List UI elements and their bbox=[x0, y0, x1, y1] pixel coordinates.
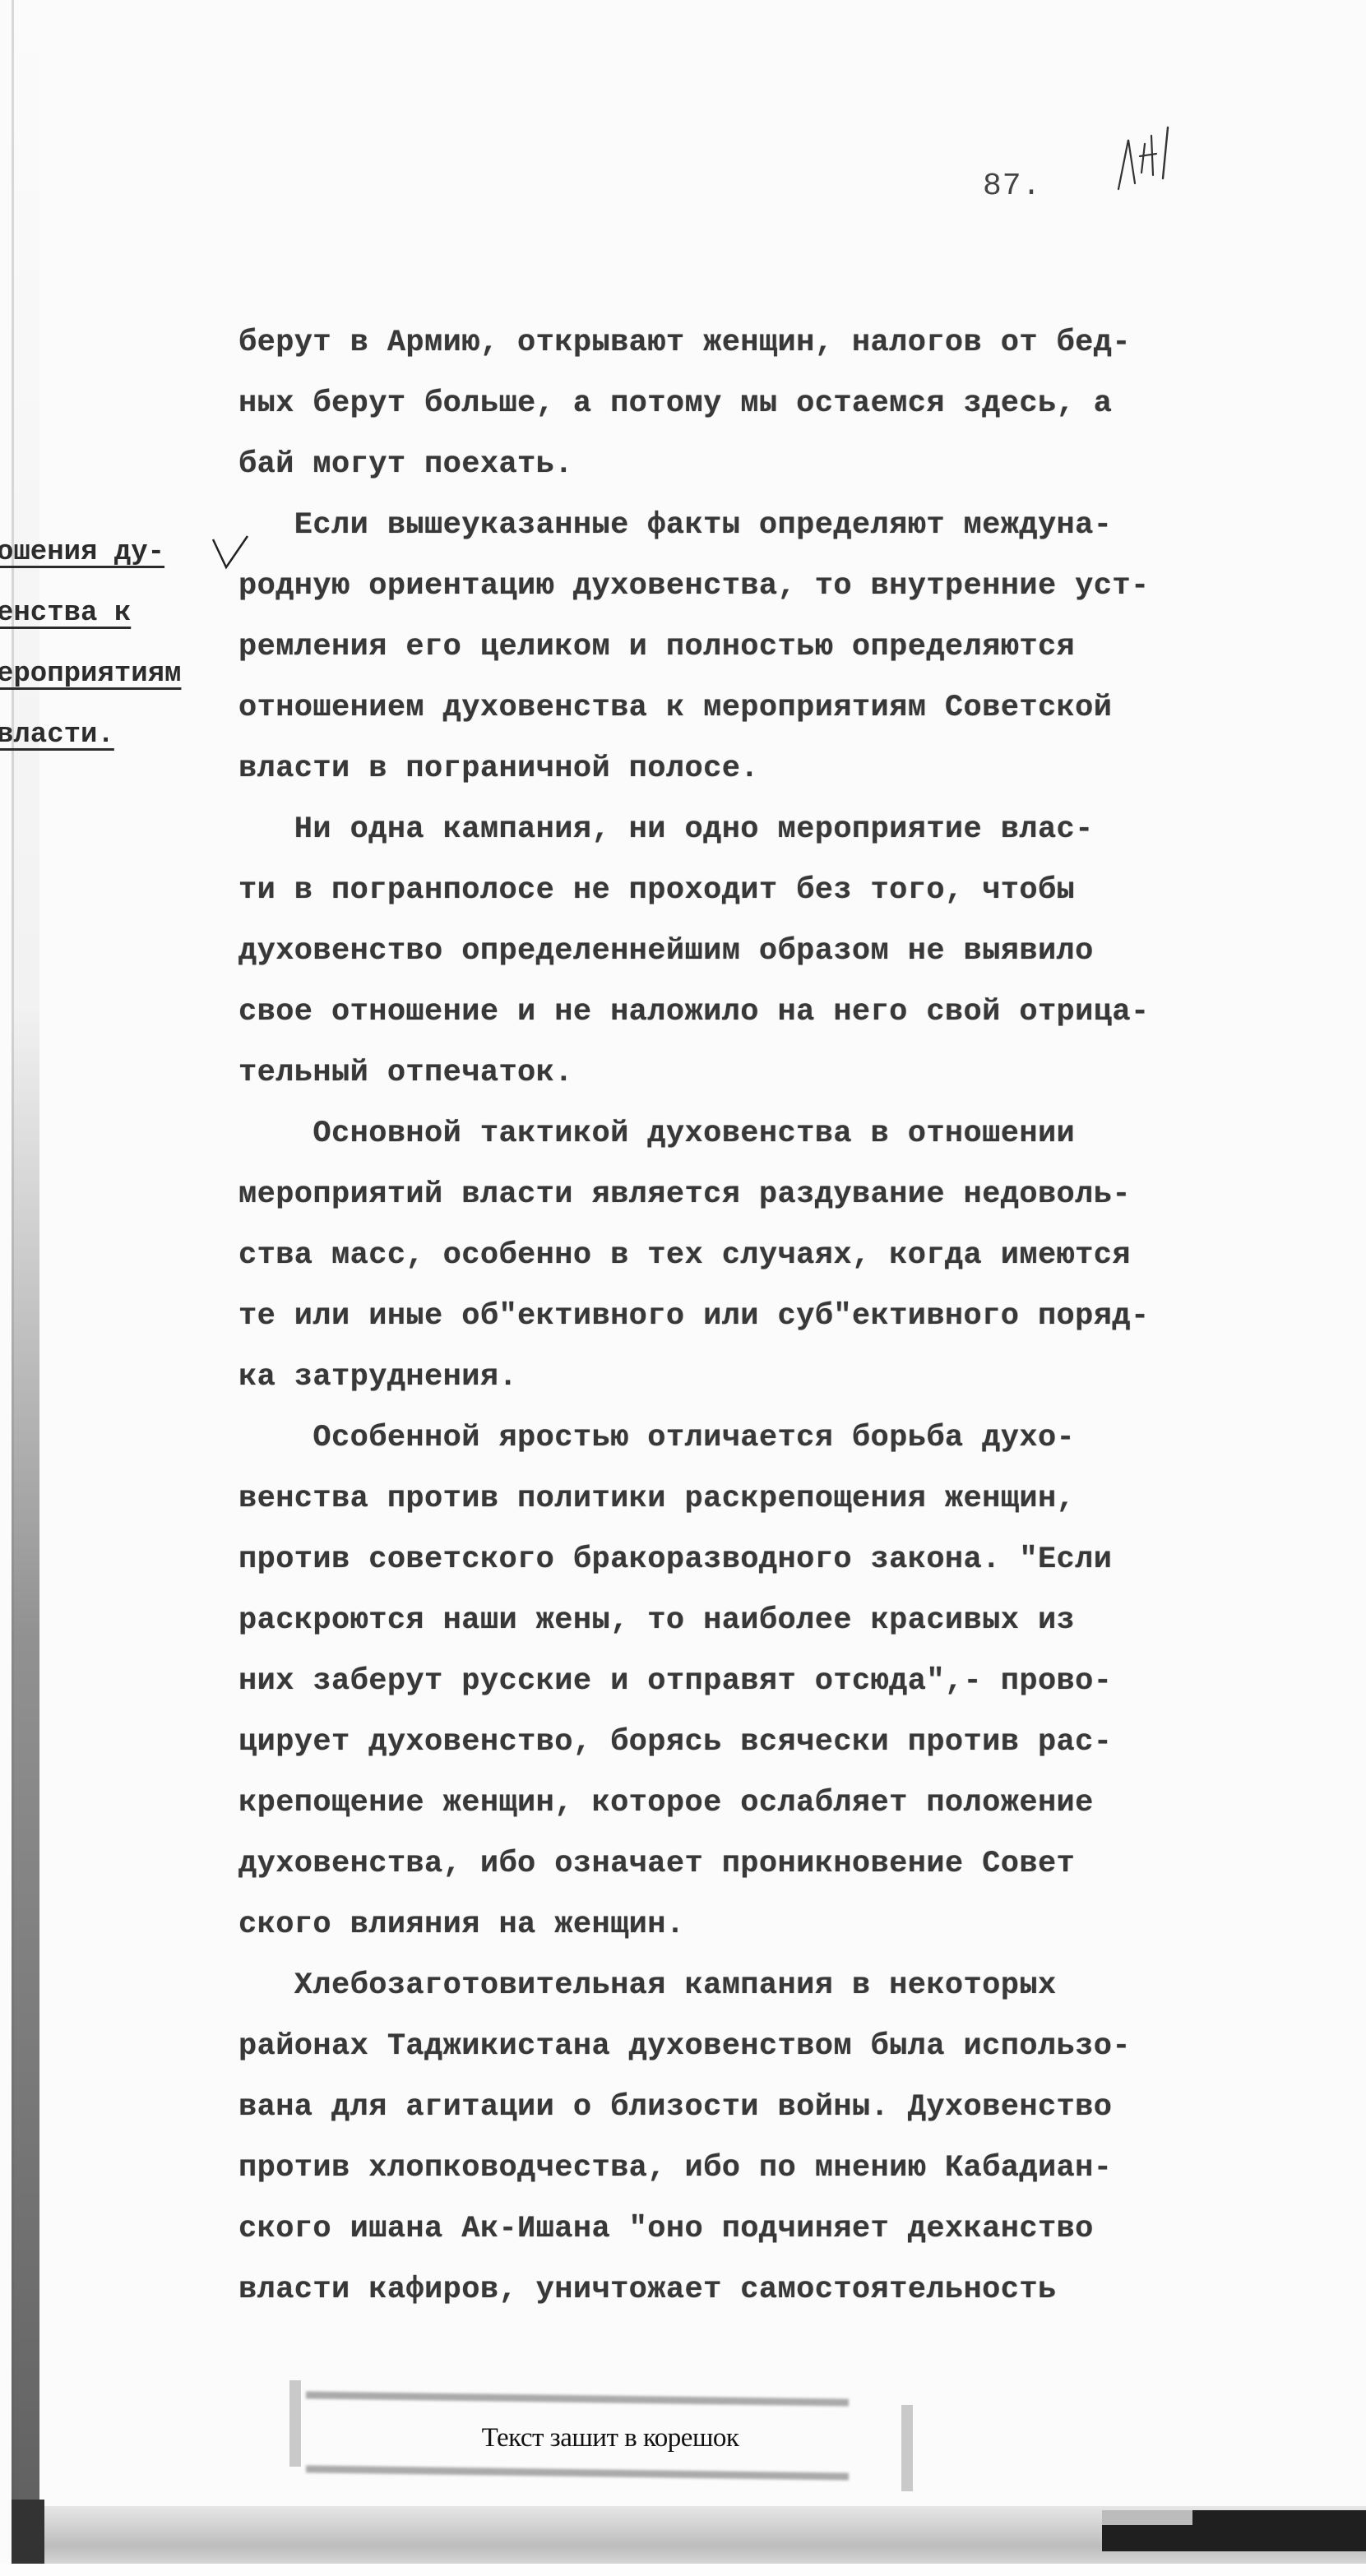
margin-note-line: енства к bbox=[0, 587, 188, 648]
label-box-top-edge bbox=[306, 2391, 849, 2406]
paragraph: Ни одна кампания, ни одно мероприятие вл… bbox=[238, 799, 1242, 1103]
text-line: вана для агитации о близости войны. Духо… bbox=[238, 2077, 1242, 2138]
text-line: бай могут поехать. bbox=[238, 434, 1242, 495]
text-line: духовенства, ибо означает проникновение … bbox=[238, 1834, 1242, 1894]
margin-note-line: ошения ду- bbox=[0, 526, 188, 587]
text-line: против хлопководчества, ибо по мнению Ка… bbox=[238, 2138, 1242, 2199]
margin-note-line: ероприятиям bbox=[0, 648, 188, 709]
text-line: ных берут больше, а потому мы остаемся з… bbox=[238, 373, 1242, 434]
text-line: те или иные об"ективного или суб"ективно… bbox=[238, 1286, 1242, 1347]
text-line: мероприятий власти является раздувание н… bbox=[238, 1164, 1242, 1225]
text-line: родную ориентацию духовенства, то внутре… bbox=[238, 556, 1242, 617]
paragraph: Основной тактикой духовенства в отношени… bbox=[238, 1103, 1242, 1408]
margin-note-text: власти. bbox=[0, 719, 114, 751]
text-line: них заберут русские и отправят отсюда",-… bbox=[238, 1651, 1242, 1712]
margin-note-text: ошения ду- bbox=[0, 537, 164, 568]
text-line: Если вышеуказанные факты определяют межд… bbox=[238, 495, 1242, 556]
text-line: крепощение женщин, которое ослабляет пол… bbox=[238, 1773, 1242, 1834]
paragraph: берут в Армию, открывают женщин, налогов… bbox=[238, 312, 1242, 495]
margin-note-text: ероприятиям bbox=[0, 659, 181, 690]
margin-note-line: власти. bbox=[0, 709, 188, 770]
paragraph: Особенной яростью отличается борьба духо… bbox=[238, 1408, 1242, 1955]
binding-shadow bbox=[12, 0, 39, 2516]
text-line: ского ишана Ак-Ишана "оно подчиняет дехк… bbox=[238, 2199, 1242, 2259]
paragraph: Если вышеуказанные факты определяют межд… bbox=[238, 495, 1242, 799]
archive-label-text: Текст зашит в корешок bbox=[289, 2423, 931, 2453]
label-box-bottom-edge bbox=[306, 2465, 849, 2480]
text-line: Особенной яростью отличается борьба духо… bbox=[238, 1408, 1242, 1468]
text-line: Ни одна кампания, ни одно мероприятие вл… bbox=[238, 799, 1242, 860]
text-line: ства масс, особенно в тех случаях, когда… bbox=[238, 1225, 1242, 1286]
text-line: духовенство определеннейшим образом не в… bbox=[238, 921, 1242, 982]
margin-note: ошения ду-енства кероприятиямвласти. bbox=[12, 526, 188, 770]
text-line: цирует духовенство, борясь всячески прот… bbox=[238, 1712, 1242, 1773]
text-line: тельный отпечаток. bbox=[238, 1043, 1242, 1103]
scan-corner-step bbox=[1102, 2510, 1192, 2525]
margin-note-text: енства к bbox=[0, 598, 131, 629]
scan-bottom-margin bbox=[0, 2564, 1366, 2576]
text-line: Хлебозаготовительная кампания в некоторы… bbox=[238, 1955, 1242, 2016]
text-line: ка затруднения. bbox=[238, 1347, 1242, 1408]
text-line: власти кафиров, уничтожает самостоятельн… bbox=[238, 2259, 1242, 2320]
text-line: раскроются наши жены, то наиболее красив… bbox=[238, 1590, 1242, 1651]
text-line: ского влияния на женщин. bbox=[238, 1894, 1242, 1955]
text-line: ремления его целиком и полностью определ… bbox=[238, 617, 1242, 678]
handwritten-folio-number: N41 bbox=[1110, 111, 1201, 201]
text-line: берут в Армию, открывают женщин, налогов… bbox=[238, 312, 1242, 373]
page-number: 87. bbox=[983, 169, 1041, 204]
text-line: отношением духовенства к мероприятиям Со… bbox=[238, 678, 1242, 738]
text-line: свое отношение и не наложило на него сво… bbox=[238, 982, 1242, 1043]
archive-label-box: Текст зашит в корешок bbox=[289, 2380, 931, 2483]
text-line: ти в погранполосе не проходит без того, … bbox=[238, 860, 1242, 921]
text-line: Основной тактикой духовенства в отношени… bbox=[238, 1103, 1242, 1164]
text-line: против советского бракоразводного закона… bbox=[238, 1529, 1242, 1590]
text-line: венства против политики раскрепощения же… bbox=[238, 1468, 1242, 1529]
text-line: власти в пограничной полосе. bbox=[238, 738, 1242, 799]
typewritten-body: берут в Армию, открывают женщин, налогов… bbox=[238, 312, 1242, 2320]
text-line: районах Таджикистана духовенством была и… bbox=[238, 2016, 1242, 2077]
paragraph: Хлебозаготовительная кампания в некоторы… bbox=[238, 1955, 1242, 2320]
